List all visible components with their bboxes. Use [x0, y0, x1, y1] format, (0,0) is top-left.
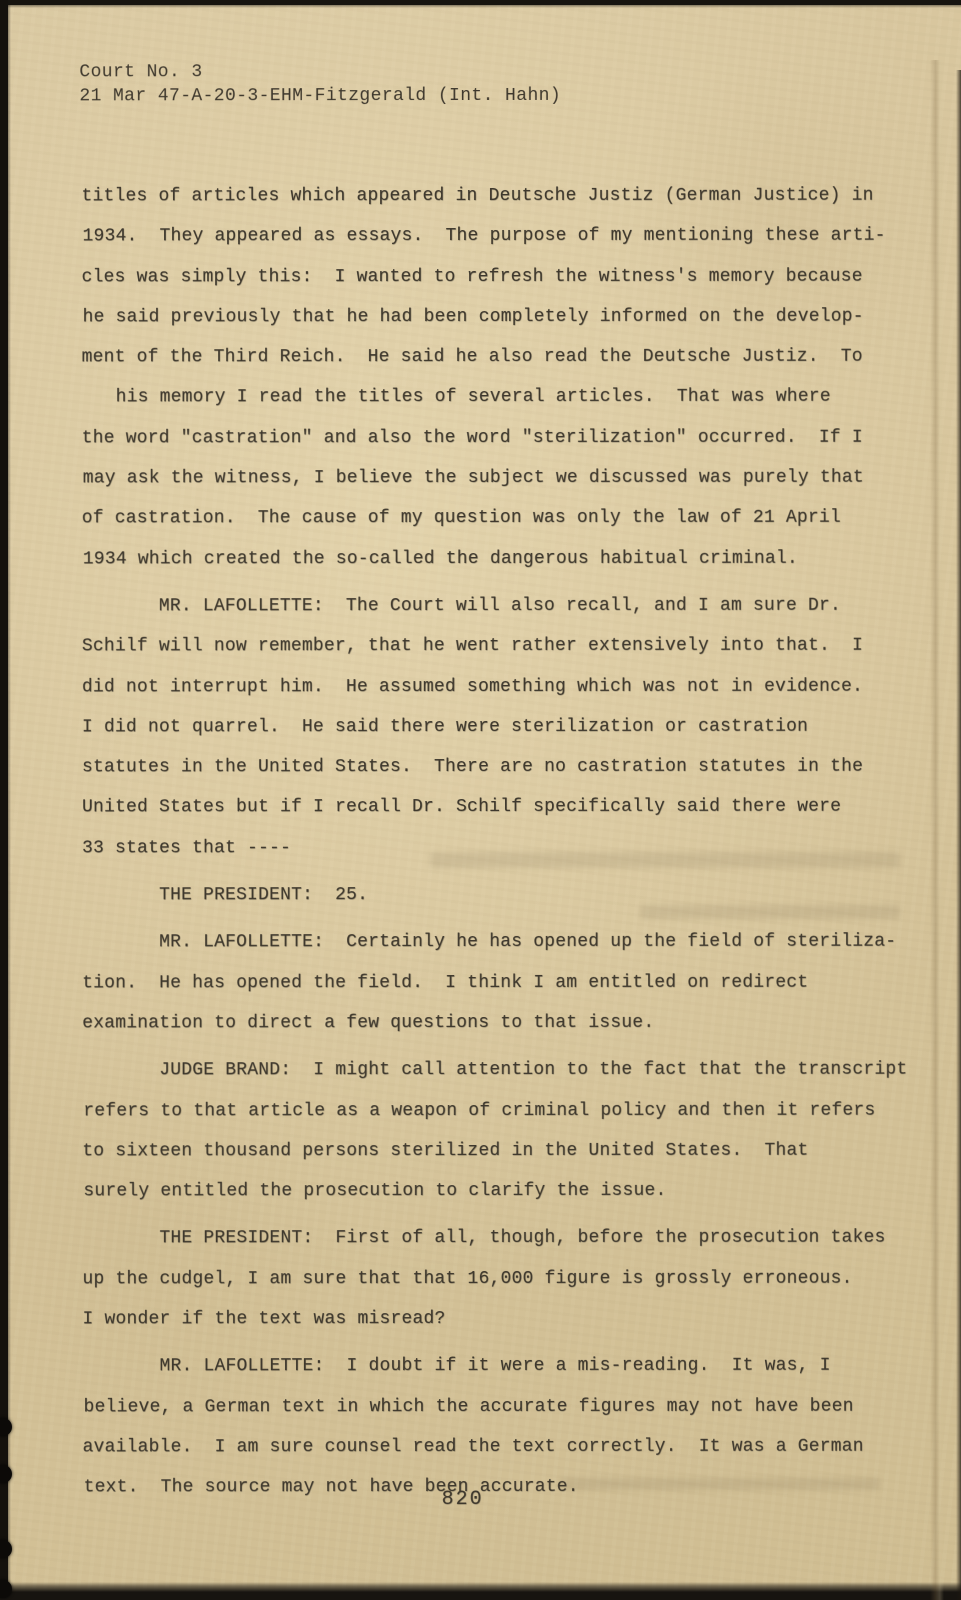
- transcript-paragraph: titles of articles which appeared in Deu…: [81, 176, 941, 580]
- transcript-line: THE PRESIDENT: First of all, though, bef…: [82, 1218, 942, 1259]
- transcript-paragraph: JUDGE BRAND: I might call attention to t…: [82, 1050, 942, 1212]
- transcript-line: 1934. They appeared as essays. The purpo…: [82, 216, 942, 257]
- transcript-line: MR. LAFOLLETTE: I doubt if it were a mis…: [82, 1346, 942, 1387]
- transcript-line: tion. He has opened the field. I think I…: [82, 962, 942, 1003]
- transcript-line: up the cudgel, I am sure that that 16,00…: [82, 1258, 942, 1299]
- transcript-line: may ask the witness, I believe the subje…: [83, 458, 943, 499]
- document-header: Court No. 321 Mar 47-A-20-3-EHM-Fitzgera…: [79, 60, 561, 108]
- transcript-line: his memory I read the titles of several …: [83, 377, 943, 418]
- transcript-line: I did not quarrel. He said there were st…: [82, 706, 942, 747]
- transcript-line: MR. LAFOLLETTE: The Court will also reca…: [82, 586, 942, 627]
- transcript-line: titles of articles which appeared in Deu…: [81, 176, 941, 217]
- transcript-line: surely entitled the prosecution to clari…: [83, 1171, 943, 1212]
- transcript-line: MR. LAFOLLETTE: Certainly he has opened …: [82, 922, 942, 963]
- transcript-line: United States but if I recall Dr. Schilf…: [82, 787, 942, 828]
- header-session-line: 21 Mar 47-A-20-3-EHM-Fitzgerald (Int. Ha…: [79, 86, 561, 106]
- transcript-line: 33 states that ----: [82, 827, 942, 868]
- transcript-paragraph: MR. LAFOLLETTE: The Court will also reca…: [82, 586, 942, 869]
- transcript-line: the word "castration" and also the word …: [82, 417, 942, 458]
- transcript-line: he said previously that he had been comp…: [83, 296, 943, 337]
- transcript-line: 1934 which created the so-called the dan…: [83, 538, 943, 579]
- transcript-line: THE PRESIDENT: 25.: [82, 875, 942, 916]
- transcript-line: statutes in the United States. There are…: [82, 747, 942, 788]
- transcript-line: ment of the Third Reich. He said he also…: [82, 337, 942, 378]
- transcript-line: of castration. The cause of my question …: [82, 498, 942, 539]
- transcript-line: refers to that article as a weapon of cr…: [83, 1090, 943, 1131]
- transcript-line: JUDGE BRAND: I might call attention to t…: [82, 1050, 942, 1091]
- transcript-line: did not interrupt him. He assumed someth…: [82, 666, 942, 707]
- header-court-number: Court No. 3: [79, 62, 202, 82]
- transcript-line: believe, a German text in which the accu…: [84, 1386, 944, 1427]
- transcript-paragraph: MR. LAFOLLETTE: I doubt if it were a mis…: [82, 1346, 942, 1508]
- transcript-line: examination to direct a few questions to…: [82, 1003, 942, 1044]
- transcript-paragraph: THE PRESIDENT: First of all, though, bef…: [82, 1218, 942, 1340]
- transcript-line: available. I am sure counsel read the te…: [83, 1427, 943, 1468]
- scanned-transcript-page: Court No. 321 Mar 47-A-20-3-EHM-Fitzgera…: [0, 0, 961, 1600]
- transcript-paragraph: THE PRESIDENT: 25.: [82, 875, 942, 916]
- transcript-line: cles was simply this: I wanted to refres…: [82, 256, 942, 297]
- page-number: 820: [83, 1488, 843, 1512]
- transcript-line: to sixteen thousand persons sterilized i…: [82, 1130, 942, 1171]
- page-text-layer: Court No. 321 Mar 47-A-20-3-EHM-Fitzgera…: [0, 0, 961, 1600]
- transcript-paragraph: MR. LAFOLLETTE: Certainly he has opened …: [82, 922, 942, 1044]
- transcript-body: titles of articles which appeared in Deu…: [81, 176, 942, 1508]
- transcript-line: Schilf will now remember, that he went r…: [82, 626, 942, 667]
- transcript-line: I wonder if the text was misread?: [82, 1299, 942, 1340]
